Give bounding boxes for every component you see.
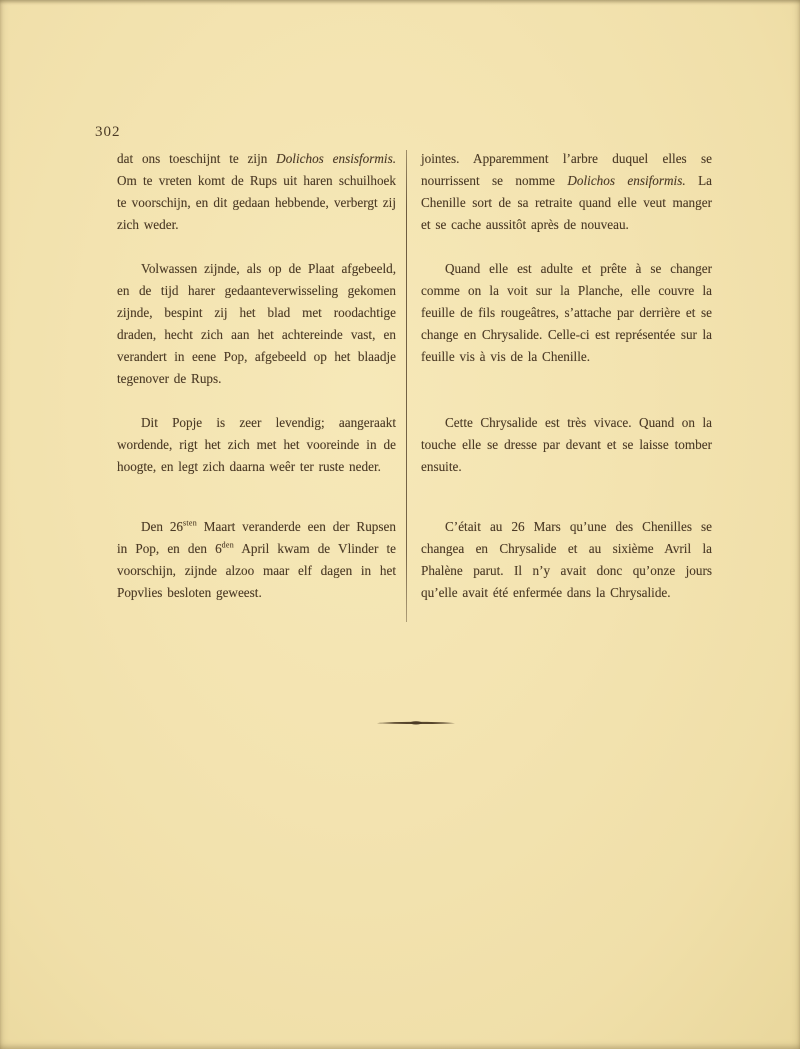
- dutch-paragraph-3: Dit Popje is zeer levendig; aangeraakt w…: [117, 412, 396, 478]
- book-page: 302 dat ons toeschijnt te zijn Dolichos …: [0, 0, 800, 1049]
- dutch-paragraph-4: Den 26sten Maart veranderde een der Rups…: [117, 516, 396, 604]
- dutch-paragraph-1: dat ons toeschijnt te zijn Dolichos ensi…: [117, 148, 396, 236]
- french-paragraph-2: Quand elle est adulte et prête à se chan…: [421, 258, 712, 368]
- dutch-paragraph-2: Volwassen zijnde, als op de Plaat afgebe…: [117, 258, 396, 390]
- french-paragraph-1: jointes. Apparemment l’arbre duquel elle…: [421, 148, 712, 236]
- french-paragraph-3: Cette Chrysalide est très vivace. Quand …: [421, 412, 712, 478]
- french-paragraph-4: C’était au 26 Mars qu’une des Chenilles …: [421, 516, 712, 604]
- column-divider-rule: [406, 150, 407, 622]
- section-divider-ornament: [377, 714, 455, 722]
- tapered-rule-glyph: [377, 719, 455, 727]
- page-number: 302: [95, 124, 121, 141]
